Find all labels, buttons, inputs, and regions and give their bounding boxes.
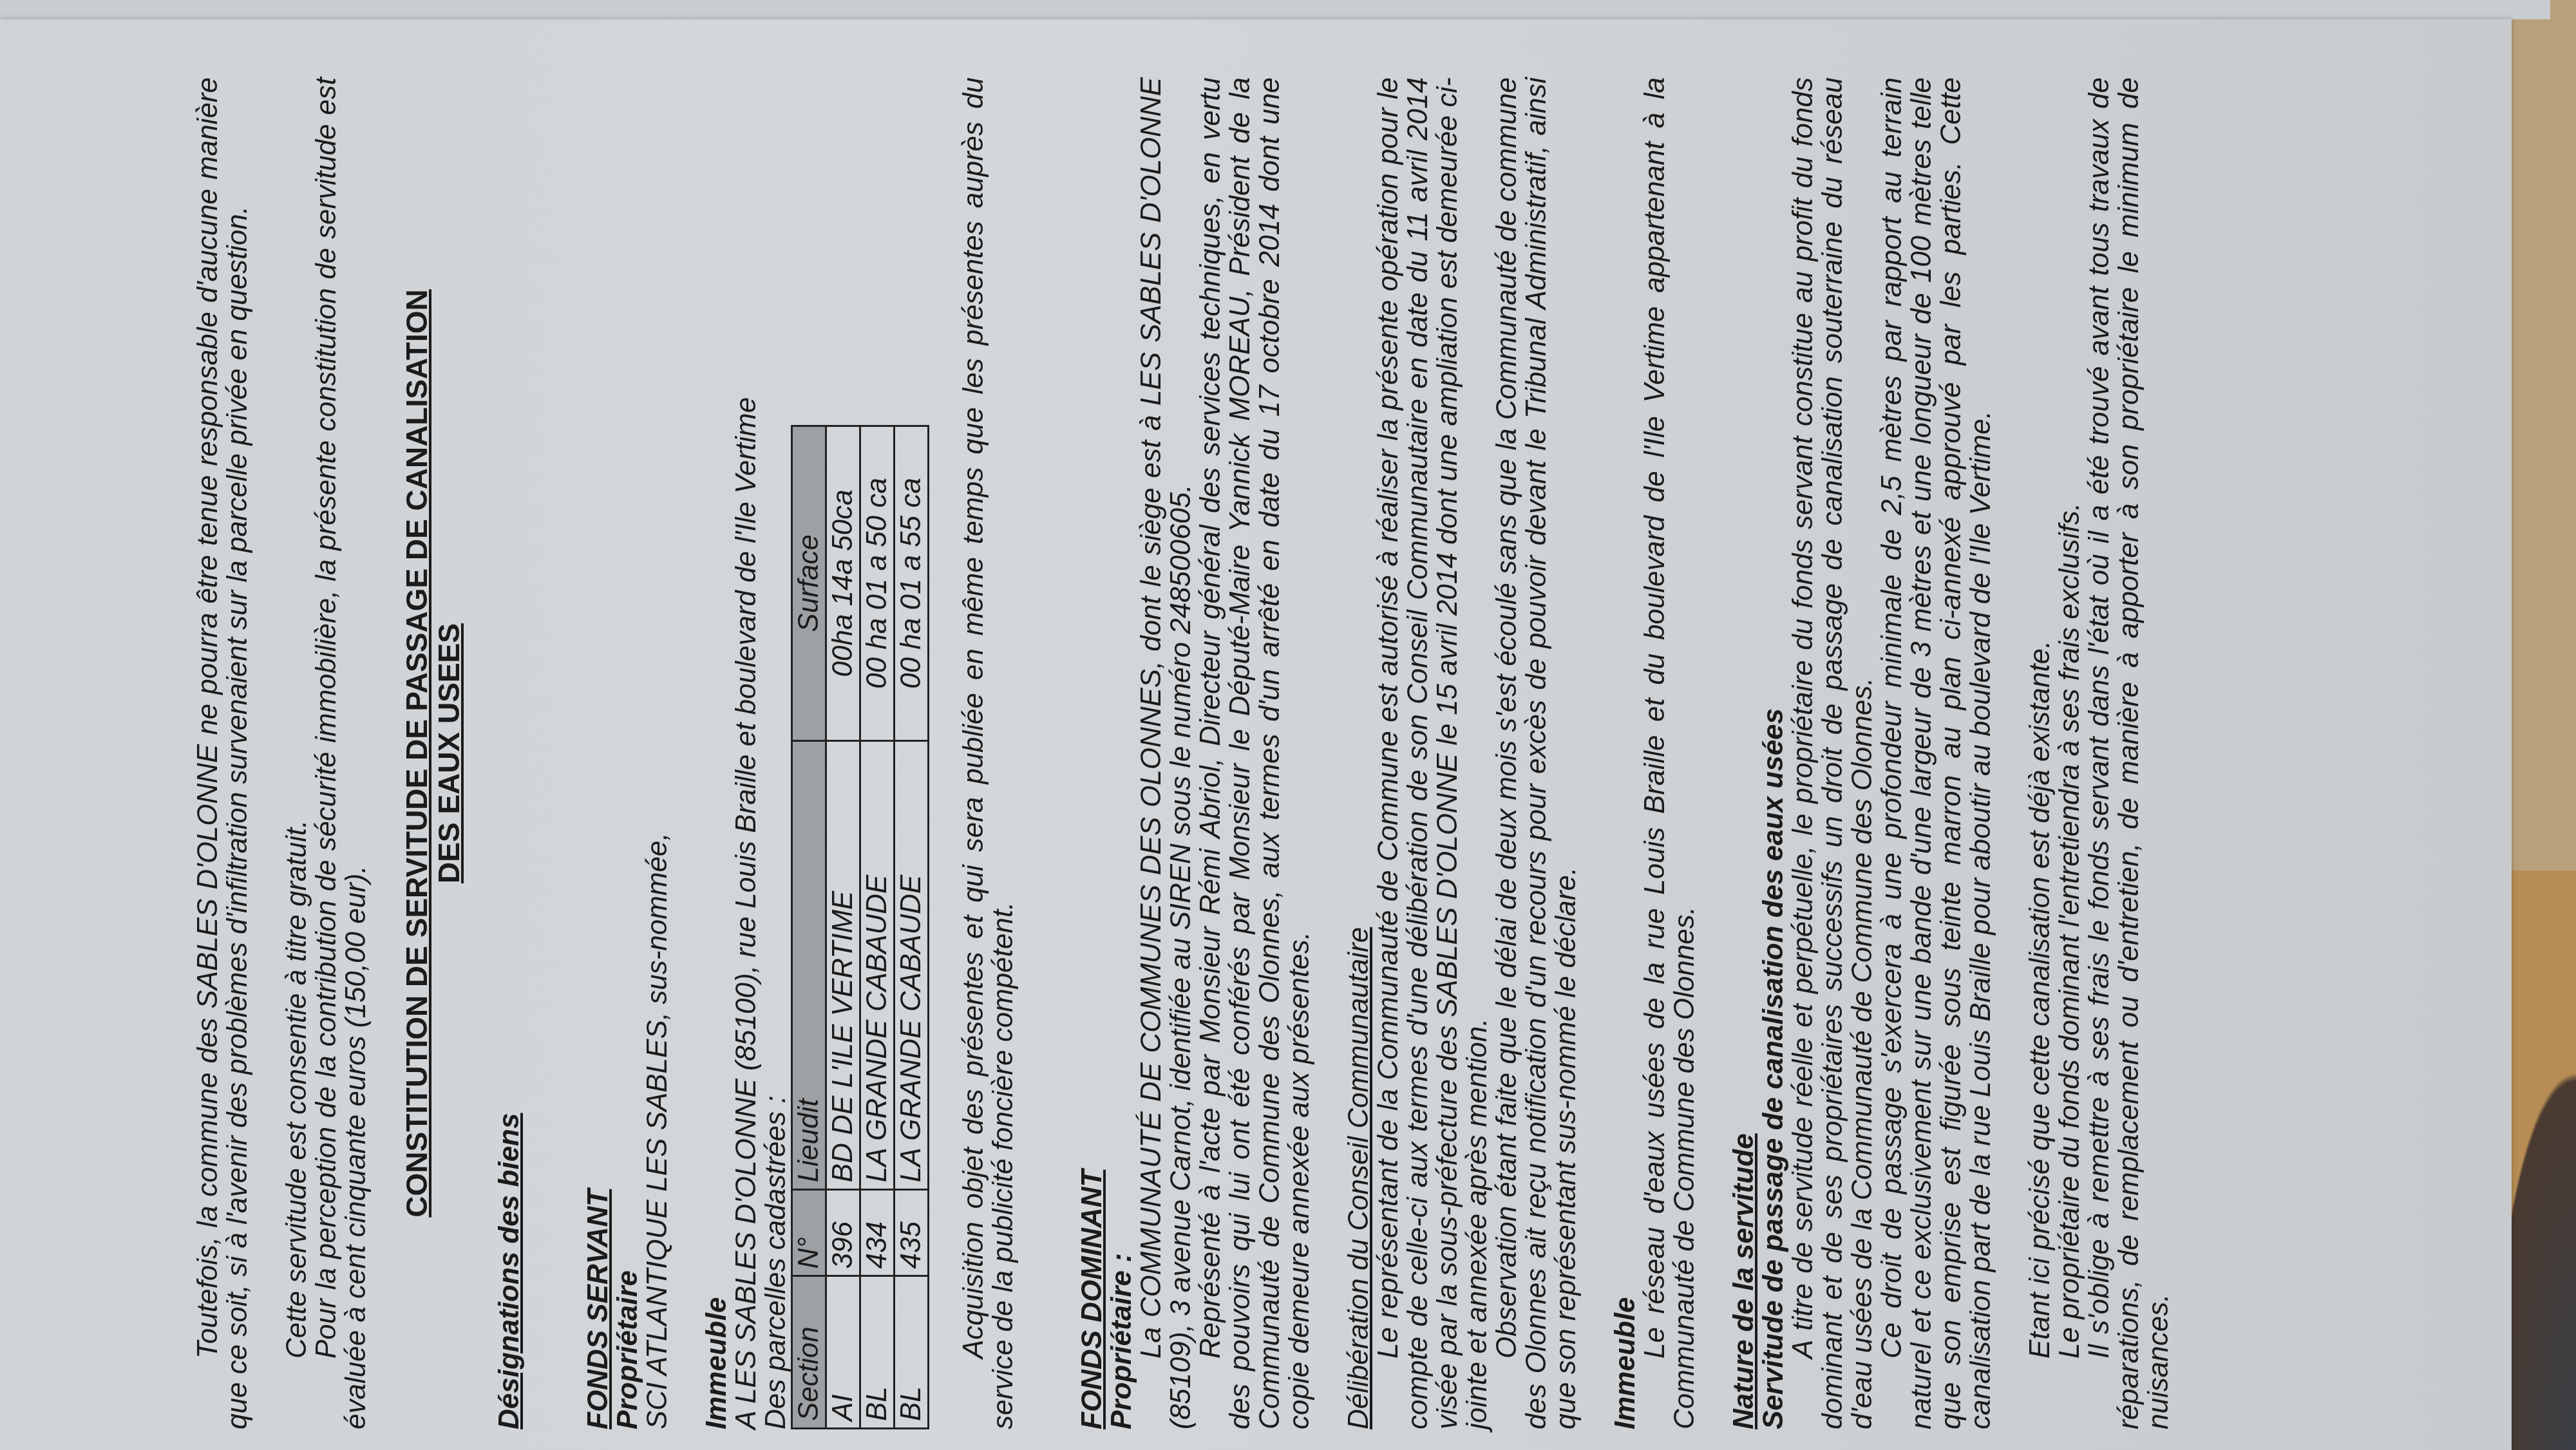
intro-paragraph-1: Toutefois, la commune des SABLES D'OLONN… (193, 77, 252, 1429)
nature-paragraph-3: Etant ici précisé que cette canalisation… (2025, 77, 2055, 1429)
deliberation-title: Délibération du Conseil Communautaire (1344, 77, 1374, 1429)
nature-paragraph-5: Il s'oblige à remettre à ses frais le fo… (2085, 77, 2173, 1429)
document-sheet: Toutefois, la commune des SABLES D'OLONN… (0, 19, 2512, 1450)
col-number: N° (792, 1190, 826, 1276)
fonds-servant-immeuble-label: Immeuble (702, 77, 732, 1429)
cadastral-table: Section N° Lieudit Surface AI 396 BD DE … (791, 425, 929, 1429)
col-surface: Surface (792, 426, 826, 741)
col-lieudit: Lieudit (792, 740, 826, 1189)
cell-surface: 00 ha 01 a 50 ca (860, 426, 895, 741)
representation-paragraph: Représenté à l'acte par Monsieur Rémi Ab… (1196, 77, 1314, 1429)
nature-paragraph-2: Ce droit de passage s'exercera à une pro… (1877, 77, 1996, 1429)
main-title: CONSTITUTION DE SERVITUDE DE PASSAGE DE … (401, 77, 433, 1429)
fonds-servant-owner-label: Propriétaire (613, 77, 643, 1429)
deliberation-paragraph-2: Observation étant faite que le délai de … (1492, 77, 1581, 1429)
fonds-dominant-owner-label: Propriétaire : (1107, 77, 1137, 1429)
fonds-dominant-immeuble-label: Immeuble (1611, 77, 1640, 1429)
cell-section: BL (860, 1276, 895, 1429)
intro-paragraph-3: Pour la perception de la contribution de… (312, 77, 371, 1429)
cell-number: 434 (860, 1190, 895, 1276)
cell-surface: 00 ha 01 a 55 ca (895, 426, 929, 741)
nature-paragraph-1: A titre de servitude réelle et perpétuel… (1788, 77, 1877, 1429)
cell-lieudit: LA GRANDE CABAUDE (860, 740, 895, 1189)
cell-lieudit: LA GRANDE CABAUDE (895, 740, 929, 1189)
fonds-servant-owner: SCI ATLANTIQUE LES SABLES, sus-nommée, (643, 77, 672, 1429)
nature-title: Nature de la servitude (1729, 77, 1759, 1429)
nature-paragraph-4: Le propriétaire du fonds dominant l'entr… (2055, 77, 2085, 1429)
table-row: BL 435 LA GRANDE CABAUDE 00 ha 01 a 55 c… (895, 426, 929, 1429)
fonds-dominant-owner: La COMMUNAUTÉ DE COMMUNES DES OLONNES, d… (1137, 77, 1196, 1429)
table-row: AI 396 BD DE L'ILE VERTIME 00ha 14a 50ca (826, 426, 860, 1429)
nature-subtitle: Servitude de passage de canalisation des… (1759, 77, 1788, 1429)
col-section: Section (792, 1276, 826, 1429)
fonds-dominant-heading: FONDS DOMINANT (1077, 77, 1107, 1429)
document-page: Toutefois, la commune des SABLES D'OLONN… (193, 77, 2447, 1429)
cell-section: AI (826, 1276, 860, 1429)
designation-title: Désignations des biens (495, 77, 524, 1429)
fonds-servant-address: A LES SABLES D'OLONNE (85100), rue Louis… (732, 77, 761, 1429)
cell-lieudit: BD DE L'ILE VERTIME (826, 740, 860, 1189)
cell-section: BL (895, 1276, 929, 1429)
deliberation-paragraph-1: Le représentant de la Communauté de Comm… (1374, 77, 1492, 1429)
cell-surface: 00ha 14a 50ca (826, 426, 860, 741)
parcels-intro: Des parcelles cadastrées : (761, 77, 791, 1429)
cell-number: 435 (895, 1190, 929, 1276)
table-row: BL 434 LA GRANDE CABAUDE 00 ha 01 a 50 c… (860, 426, 895, 1429)
acquisition-note: Acquisition objet des présentes et qui s… (959, 77, 1018, 1429)
cell-number: 396 (826, 1190, 860, 1276)
fonds-servant-heading: FONDS SERVANT (583, 77, 613, 1429)
intro-paragraph-2: Cette servitude est consentie à titre gr… (282, 77, 312, 1429)
fonds-dominant-immeuble: Le réseau d'eaux usées de la rue Louis B… (1640, 77, 1700, 1429)
underlying-sheet (0, 0, 2550, 19)
main-title-line2: DES EAUX USEES (433, 77, 465, 1429)
